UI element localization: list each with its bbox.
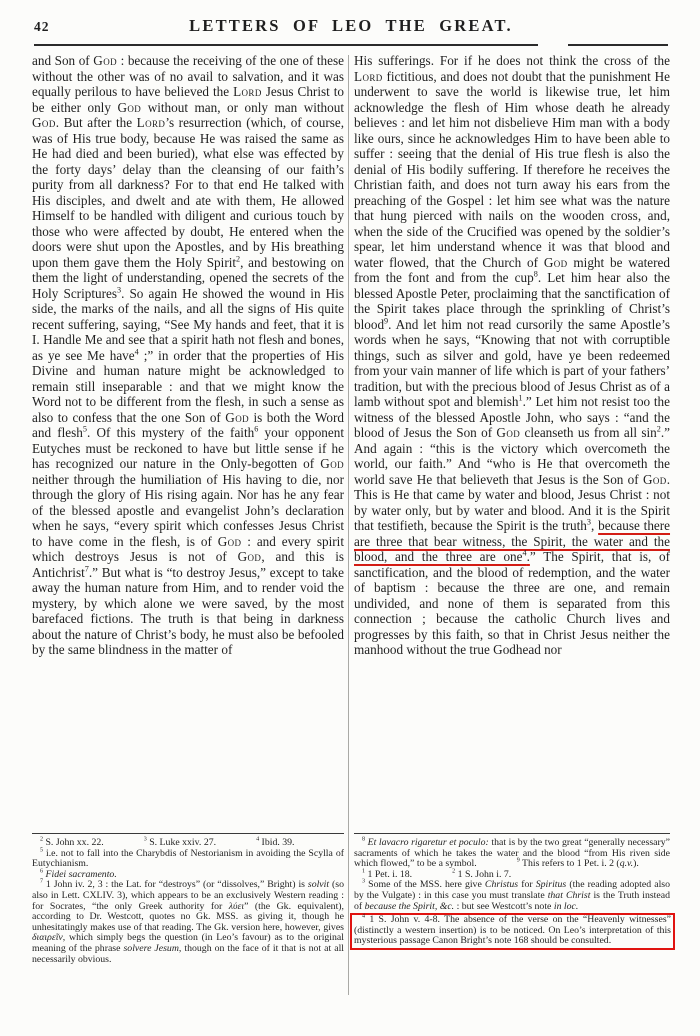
right-footnote-4-boxed: 4 1 S. John v. 4-8. The absence of the v… xyxy=(354,915,671,947)
header-rule-right-segment xyxy=(568,44,668,46)
left-footnote-7: 7 1 John iv. 2, 3 : the Lat. for “destro… xyxy=(32,880,344,965)
left-column: and Son of God : because the receiving o… xyxy=(32,53,344,965)
left-footnote-5: 5 i.e. not to fall into the Charybdis of… xyxy=(32,849,344,870)
right-column-body-text: His sufferings. For if he does not think… xyxy=(354,53,670,828)
right-column: His sufferings. For if he does not think… xyxy=(354,53,670,965)
page-title: LETTERS OF LEO THE GREAT. xyxy=(32,10,670,36)
right-footnotes: 8 Et lavacro rigaretur et poculo: that i… xyxy=(354,838,670,950)
red-annotation-box: 4 1 S. John v. 4-8. The absence of the v… xyxy=(350,913,675,950)
page-number: 42 xyxy=(34,19,50,35)
two-column-layout: and Son of God : because the receiving o… xyxy=(32,53,670,965)
book-page: 42 LETTERS OF LEO THE GREAT. and Son of … xyxy=(0,0,700,1036)
left-footnotes: 2 S. John xx. 22.3 S. Luke xxiv. 27.4 Ib… xyxy=(32,838,344,965)
column-divider-rule xyxy=(348,55,349,995)
right-footnote-3: 3 Some of the MSS. here give Christus fo… xyxy=(354,880,670,912)
left-column-body-text: and Son of God : because the receiving o… xyxy=(32,53,344,828)
right-footnote-rule xyxy=(354,833,670,834)
page-header: 42 LETTERS OF LEO THE GREAT. xyxy=(32,10,670,40)
header-rule xyxy=(32,43,670,47)
right-footnote-8-9: 8 Et lavacro rigaretur et poculo: that i… xyxy=(354,838,670,870)
left-footnote-rule xyxy=(32,833,344,834)
header-rule-left-segment xyxy=(34,44,538,46)
